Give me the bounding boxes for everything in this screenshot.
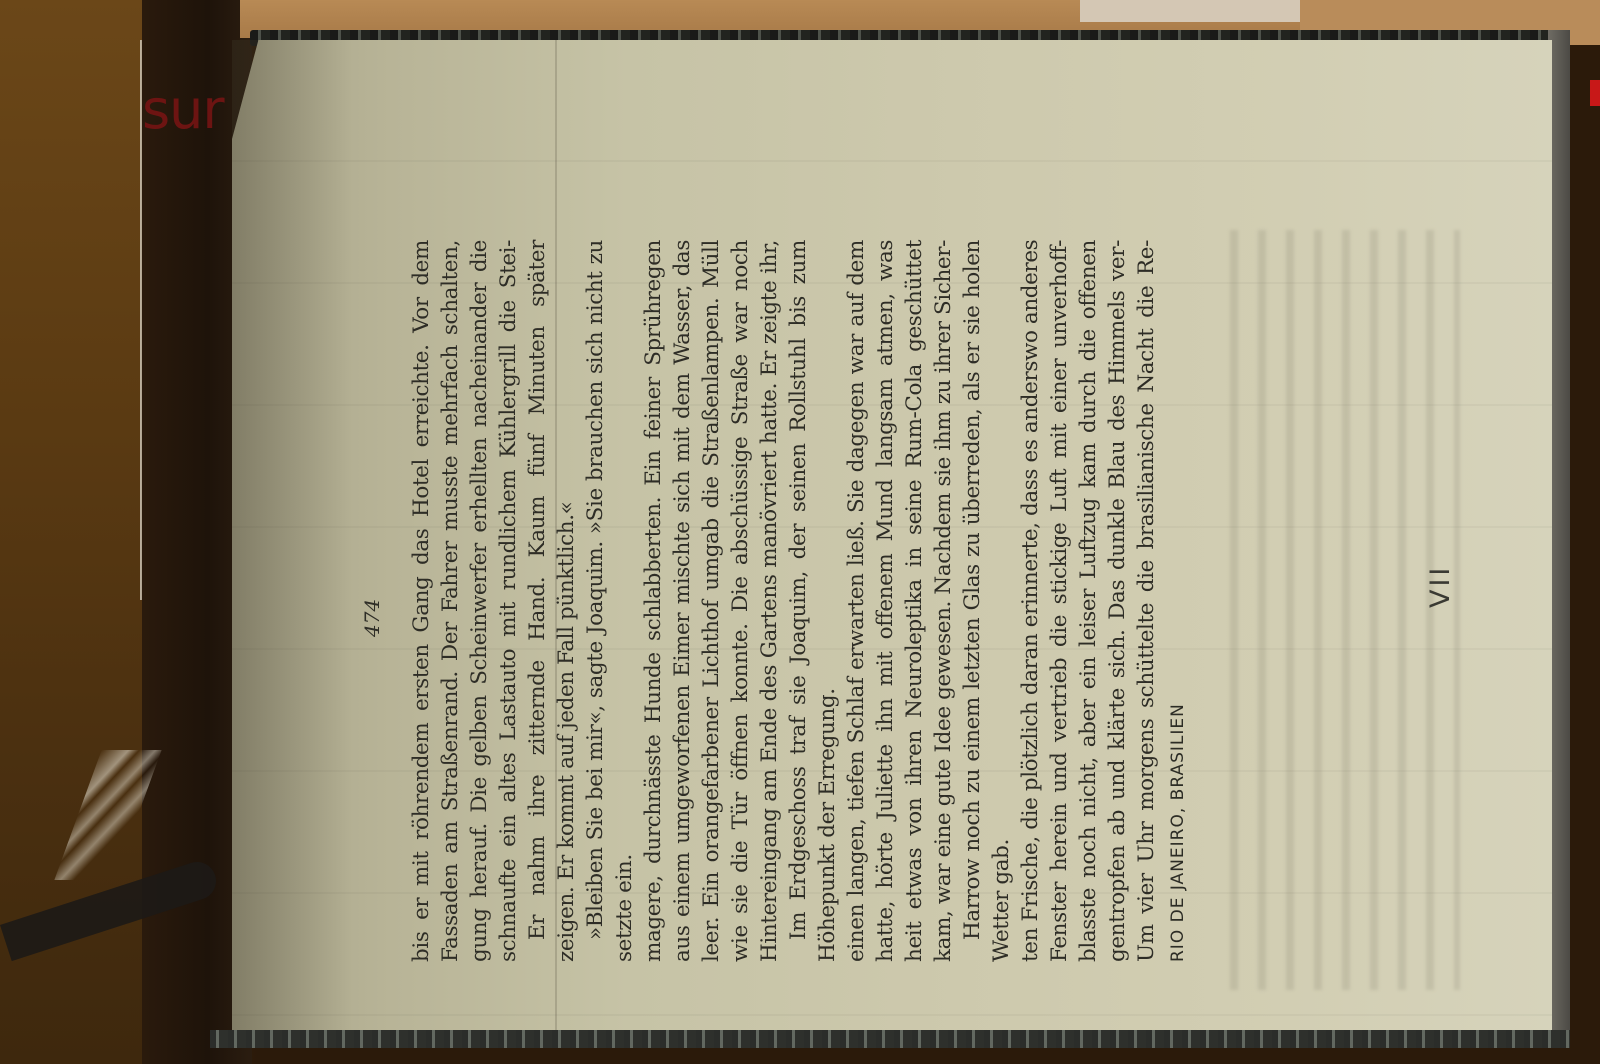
text-line: Fenster herein und vertrieb die stickige… [1046,240,1075,962]
chapter-number: VII [1425,565,1456,608]
text-line: Harrow noch zu einem letzten Glas zu übe… [959,240,988,962]
text-line: Fassaden am Straßenrand. Der Fahrer muss… [437,240,466,962]
text-line: leer. Ein orangefarbener Lichthof umgab … [698,240,727,962]
text-line: aus einem umgeworfenen Eimer mischte sic… [669,240,698,962]
photo-scene: sur 474 bis er mit röhrendem ersten Gang… [0,0,1600,1064]
text-line: kam, war eine gute Idee gewesen. Nachdem… [930,240,959,962]
text-line: Hintereingang am Ende des Gartens manövr… [756,240,785,962]
text-line: schnaufte ein altes Lastauto mit rundlic… [495,240,524,962]
background-label-fragment: sur [142,78,224,141]
text-line: einen langen, tiefen Schlaf erwarten lie… [843,240,872,962]
text-line: gung herauf. Die gelben Scheinwerfer erh… [466,240,495,962]
text-line: bis er mit röhrendem ersten Gang das Hot… [408,240,437,962]
text-line: gentropfen ab und klärte sich. Das dunkl… [1104,240,1133,962]
text-line: hatte, hörte Juliette ihn mit offenem Mu… [872,240,901,962]
text-line: blasste noch nicht, aber ein leiser Luft… [1075,240,1104,962]
text-line: Höhepunkt der Erregung. [814,240,843,962]
white-patch [1080,0,1300,22]
bleed-through-text [1230,230,1460,990]
gutter-shadow [232,40,352,1030]
text-line: Um vier Uhr morgens schüttelte die brasi… [1133,240,1162,962]
text-line: ten Frische, die plötzlich daran erinner… [1017,240,1046,962]
section-heading: RIO DE JANEIRO, BRASILIEN [1168,202,1188,962]
page-number: 474 [360,599,384,637]
text-line: Im Erdgeschoss traf sie Joaquim, der sei… [785,240,814,962]
chapter-number-wrap: VII [1425,565,1456,608]
text-line: setzte ein. [611,240,640,962]
text-line: »Bleiben Sie bei mir«, sagte Joaquim. »S… [582,240,611,962]
text-line: zeigen. Er kommt auf jeden Fall pünktlic… [553,240,582,962]
text-line: Er nahm ihre zitternde Hand. Kaum fünf M… [524,240,553,962]
red-mark [1590,80,1600,106]
book-cover-edge-bottom [210,1030,1570,1048]
text-line: heit etwas von ihren Neuroleptika in sei… [901,240,930,962]
text-line: wie sie die Tür öffnen konnte. Die absch… [727,240,756,962]
text-line: Wetter gab. [988,240,1017,962]
text-line: magere, durchnässte Hunde schlabberten. … [640,240,669,962]
